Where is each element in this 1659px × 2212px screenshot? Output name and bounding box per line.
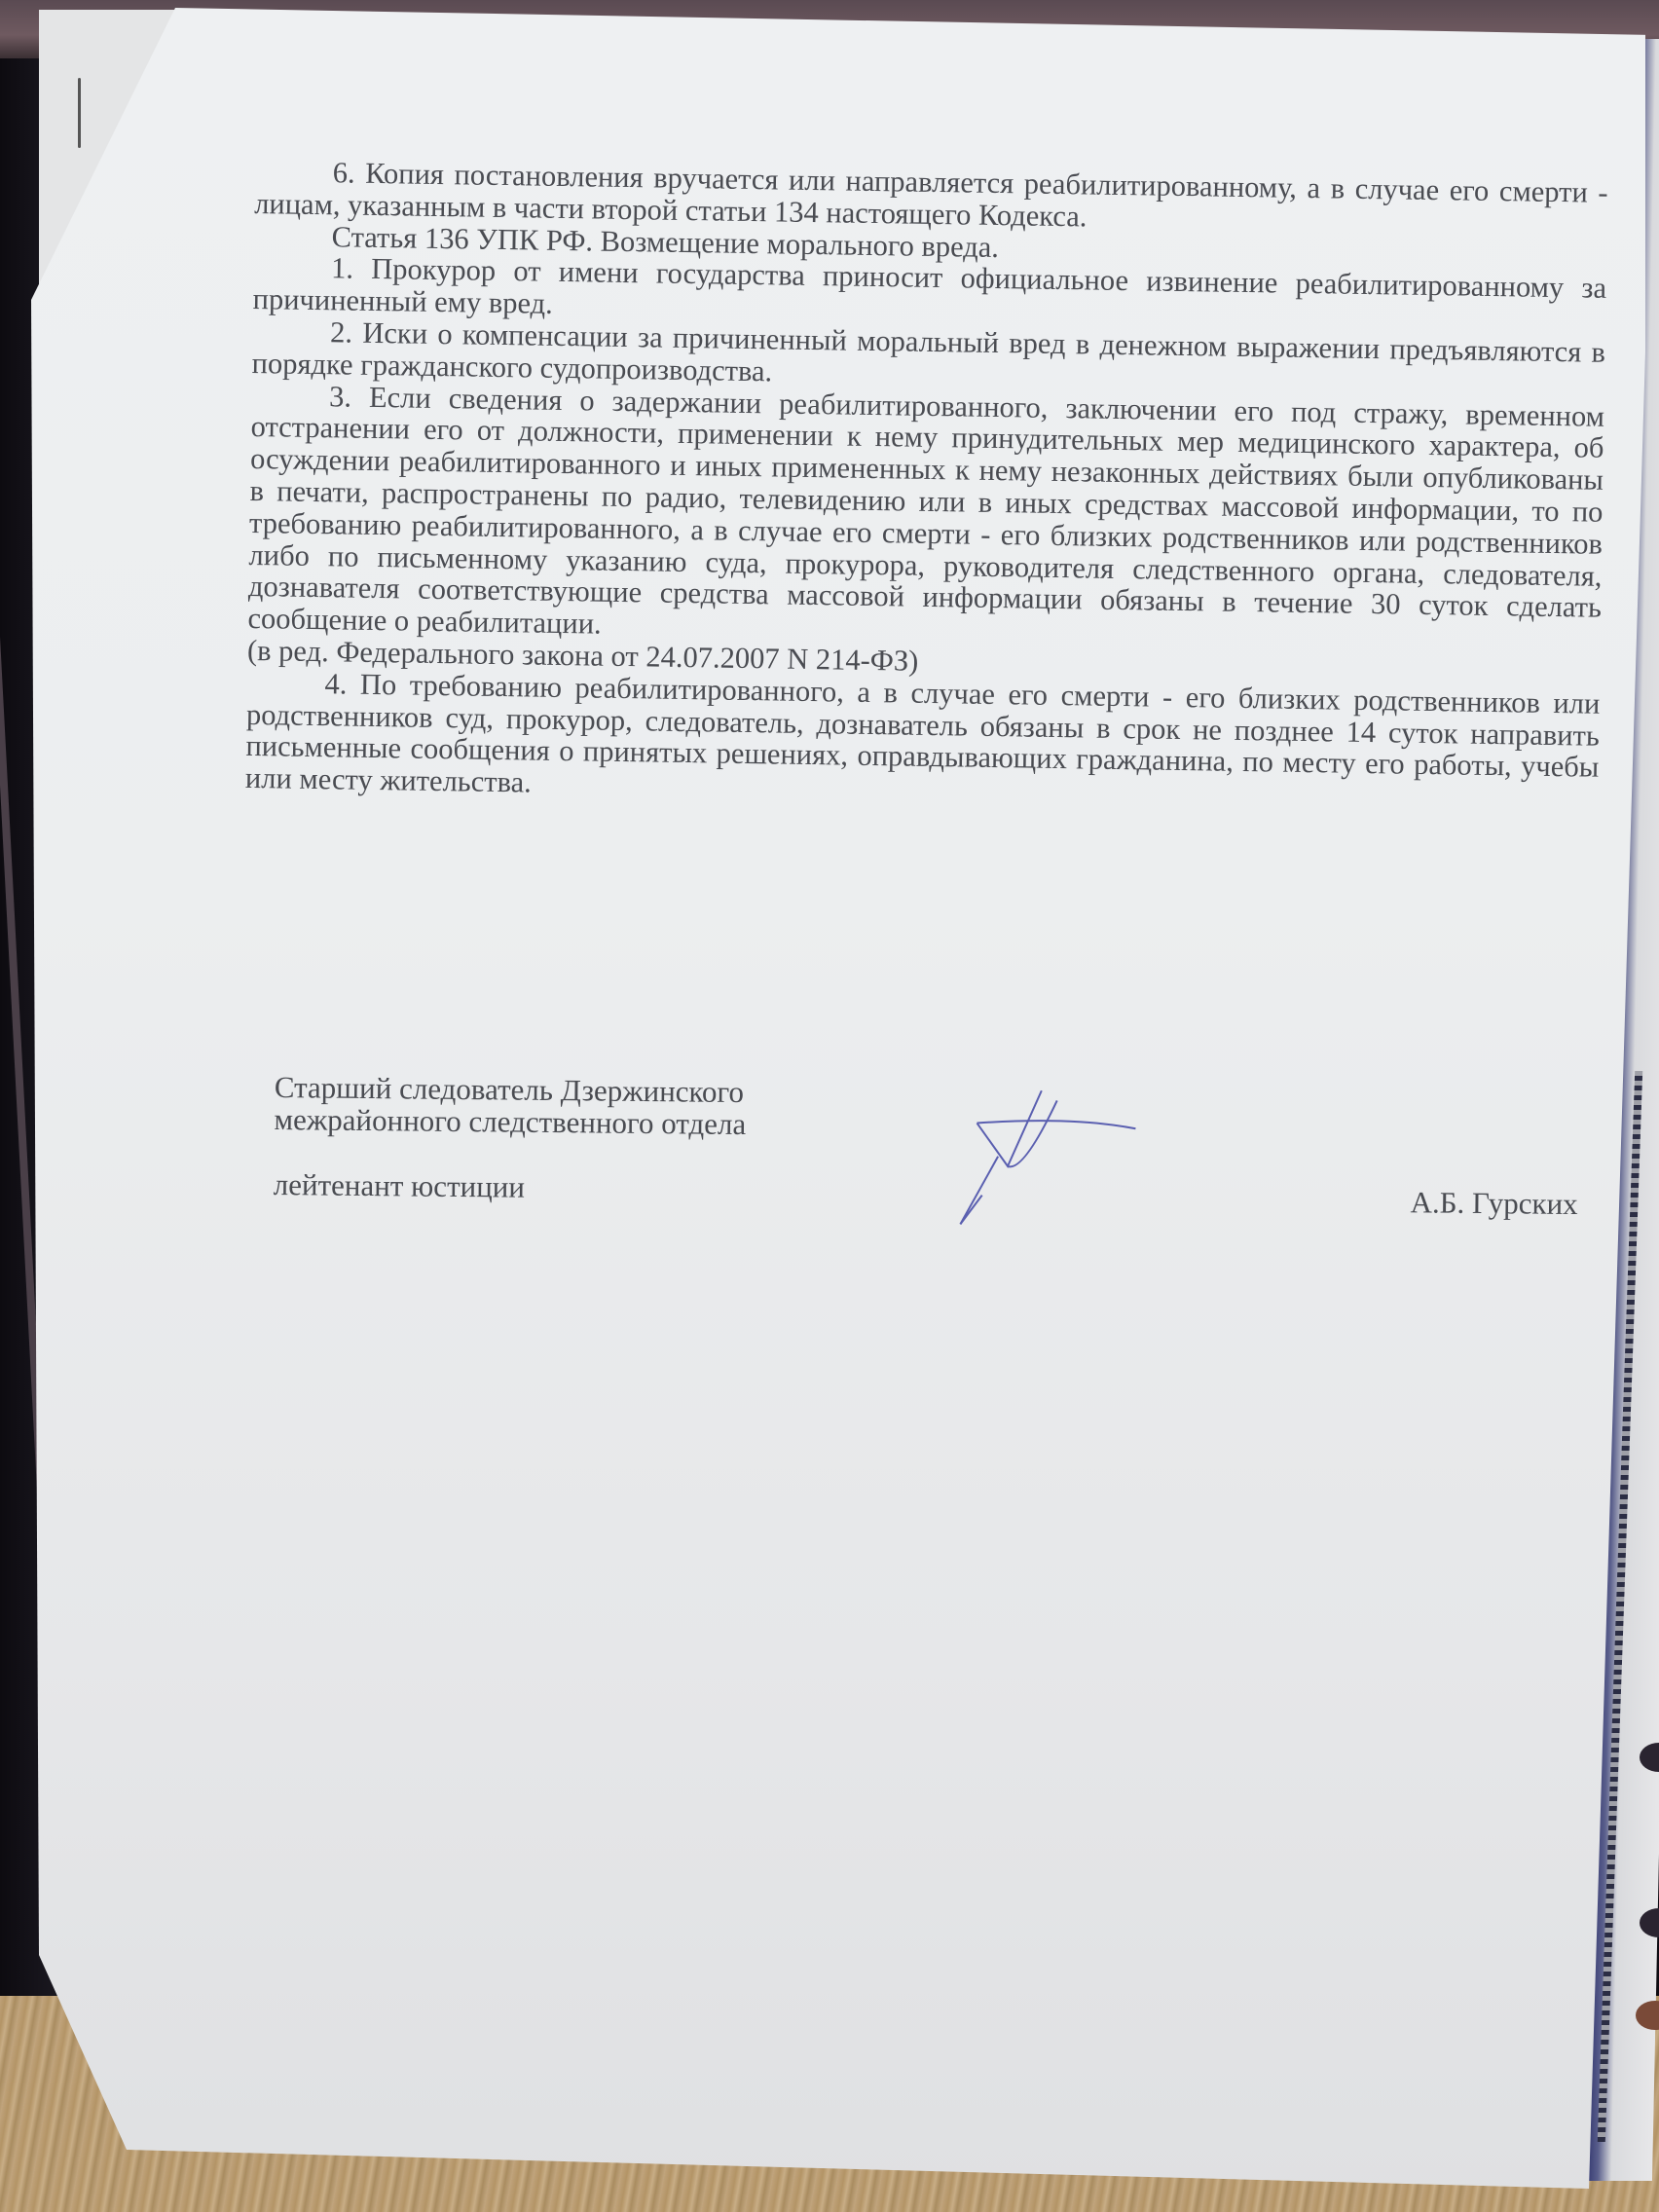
signer-name: А.Б. Гурских xyxy=(1410,1186,1577,1220)
document-body: 6. Копия постановления вручается или нап… xyxy=(245,156,1608,816)
photo-scene: 6. Копия постановления вручается или нап… xyxy=(0,0,1659,2212)
position-line-2: межрайонного следственного отдела xyxy=(274,1103,746,1140)
signature-block: Старший следователь Дзержинского межрайо… xyxy=(273,1071,1579,1260)
handwritten-signature-icon xyxy=(954,1088,1199,1236)
signer-rank: лейтенант юстиции xyxy=(274,1168,526,1203)
staple-icon xyxy=(78,78,81,148)
article-clause-4: 4. По требованию реабилитированного, а в… xyxy=(245,667,1601,816)
signer-position: Старший следователь Дзержинского межрайо… xyxy=(274,1071,746,1140)
article-clause-3: 3. Если сведения о задержании реабилитир… xyxy=(247,380,1604,656)
